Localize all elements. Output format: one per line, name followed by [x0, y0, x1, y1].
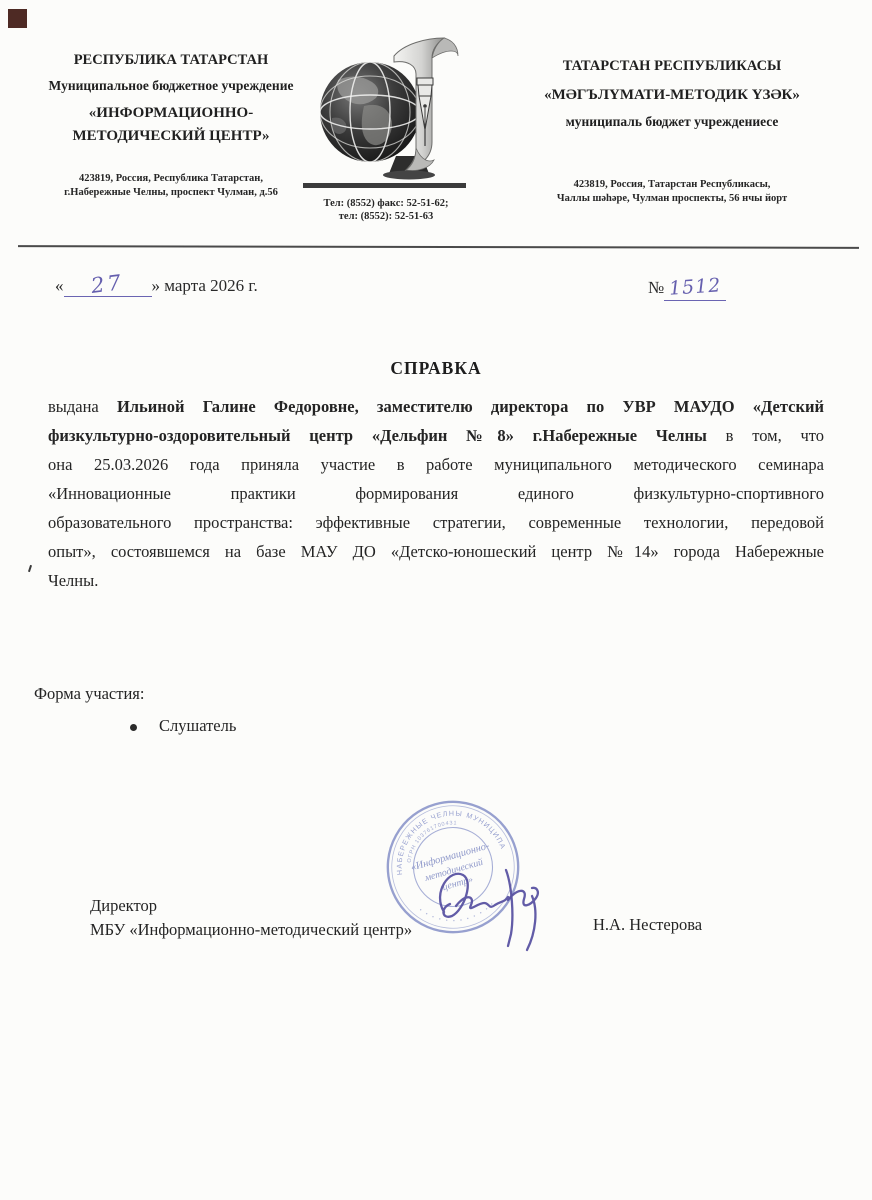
body-line-2-normal: в том, что [726, 426, 824, 445]
participation-label: Форма участия: [34, 684, 144, 704]
header-phones: Тел: (8552) факс: 52-51-62; тел: (8552):… [296, 197, 476, 223]
body-line-1: выдана Ильиной Галине Федоровне, замести… [48, 392, 824, 421]
certificate-page: РЕСПУБЛИКА ТАТАРСТАН Муниципальное бюдже… [0, 0, 872, 1200]
org-type-tat: муниципаль бюджет учреждениесе [494, 114, 850, 130]
number-line: №1512 [648, 276, 726, 301]
address-ru-2: г.Набережные Челны, проспект Чулман, д.5… [28, 186, 314, 200]
participation-item: Слушатель [130, 716, 236, 736]
republic-name-tat: ТАТАРСТАН РЕСПУБЛИКАСЫ [494, 58, 850, 75]
logo-underline-bar [303, 183, 466, 188]
body-line-3: она 25.03.2026 года приняла участие в ра… [48, 450, 824, 479]
body-line-5: образовательного пространства: эффективн… [48, 508, 824, 537]
org-name-tat: «МӘГЪЛҮМАТИ-МЕТОДИК ҮЗӘК» [494, 84, 850, 107]
director-signature [428, 860, 550, 956]
handwritten-number: 1512 [668, 274, 722, 300]
number-blank: 1512 [664, 276, 726, 301]
number-sign: № [648, 278, 664, 297]
phone-line-1: Тел: (8552) факс: 52-51-62; [296, 197, 476, 210]
org-name-ru-2: МЕТОДИЧЕСКИЙ ЦЕНТР» [28, 125, 314, 148]
date-open-quote: « [55, 276, 64, 295]
participation-item-text: Слушатель [159, 716, 236, 735]
address-tat-2: Чаллы шәһәре, Чулман проспекты, 56 нчы й… [494, 192, 850, 206]
header-left: РЕСПУБЛИКА ТАТАРСТАН Муниципальное бюдже… [28, 52, 314, 200]
org-type-ru: Муниципальное бюджетное учреждение [28, 78, 314, 94]
body-line-2-bold: физкультурно-оздоровительный центр «Дель… [48, 426, 707, 445]
document-title: СПРАВКА [0, 358, 872, 379]
body-line-4: «Инновационные практики формирования еди… [48, 479, 824, 508]
body-line-2: физкультурно-оздоровительный центр «Дель… [48, 421, 824, 450]
body-line-1-normal: выдана [48, 397, 99, 416]
body-paragraph: выдана Ильиной Галине Федоровне, замести… [48, 392, 824, 595]
org-name-ru-1: «ИНФОРМАЦИОННО- [28, 102, 314, 125]
body-line-7: Челны. [48, 566, 824, 595]
date-line: «27» марта 2026 г. [55, 272, 258, 297]
scan-artifact-tick [28, 565, 32, 572]
header-right: ТАТАРСТАН РЕСПУБЛИКАСЫ «МӘГЪЛҮМАТИ-МЕТОД… [494, 58, 850, 206]
address-tat-1: 423819, Россия, Татарстан Республикасы, [494, 178, 850, 192]
globe-pen-logo-icon [318, 34, 468, 180]
bullet-icon [130, 724, 137, 731]
handwritten-day: 27 [90, 270, 125, 298]
body-line-1-bold: Ильиной Галине Федоровне, заместителю ди… [117, 397, 824, 416]
date-rest: » марта 2026 г. [152, 276, 258, 295]
header-divider [18, 245, 859, 249]
signoff-position-line-1: Директор [90, 894, 412, 918]
date-day-blank: 27 [64, 272, 152, 297]
scan-artifact-corner [8, 9, 27, 28]
phone-line-2: тел: (8552): 52-51-63 [296, 210, 476, 223]
address-ru-1: 423819, Россия, Республика Татарстан, [28, 172, 314, 186]
body-line-6: опыт», состоявшемся на базе МАУ ДО «Детс… [48, 537, 824, 566]
signoff-position: Директор МБУ «Информационно-методический… [90, 894, 412, 942]
republic-name-ru: РЕСПУБЛИКА ТАТАРСТАН [28, 52, 314, 69]
signoff-position-line-2: МБУ «Информационно-методический центр» [90, 918, 412, 942]
signoff-name: Н.А. Нестерова [593, 915, 702, 935]
